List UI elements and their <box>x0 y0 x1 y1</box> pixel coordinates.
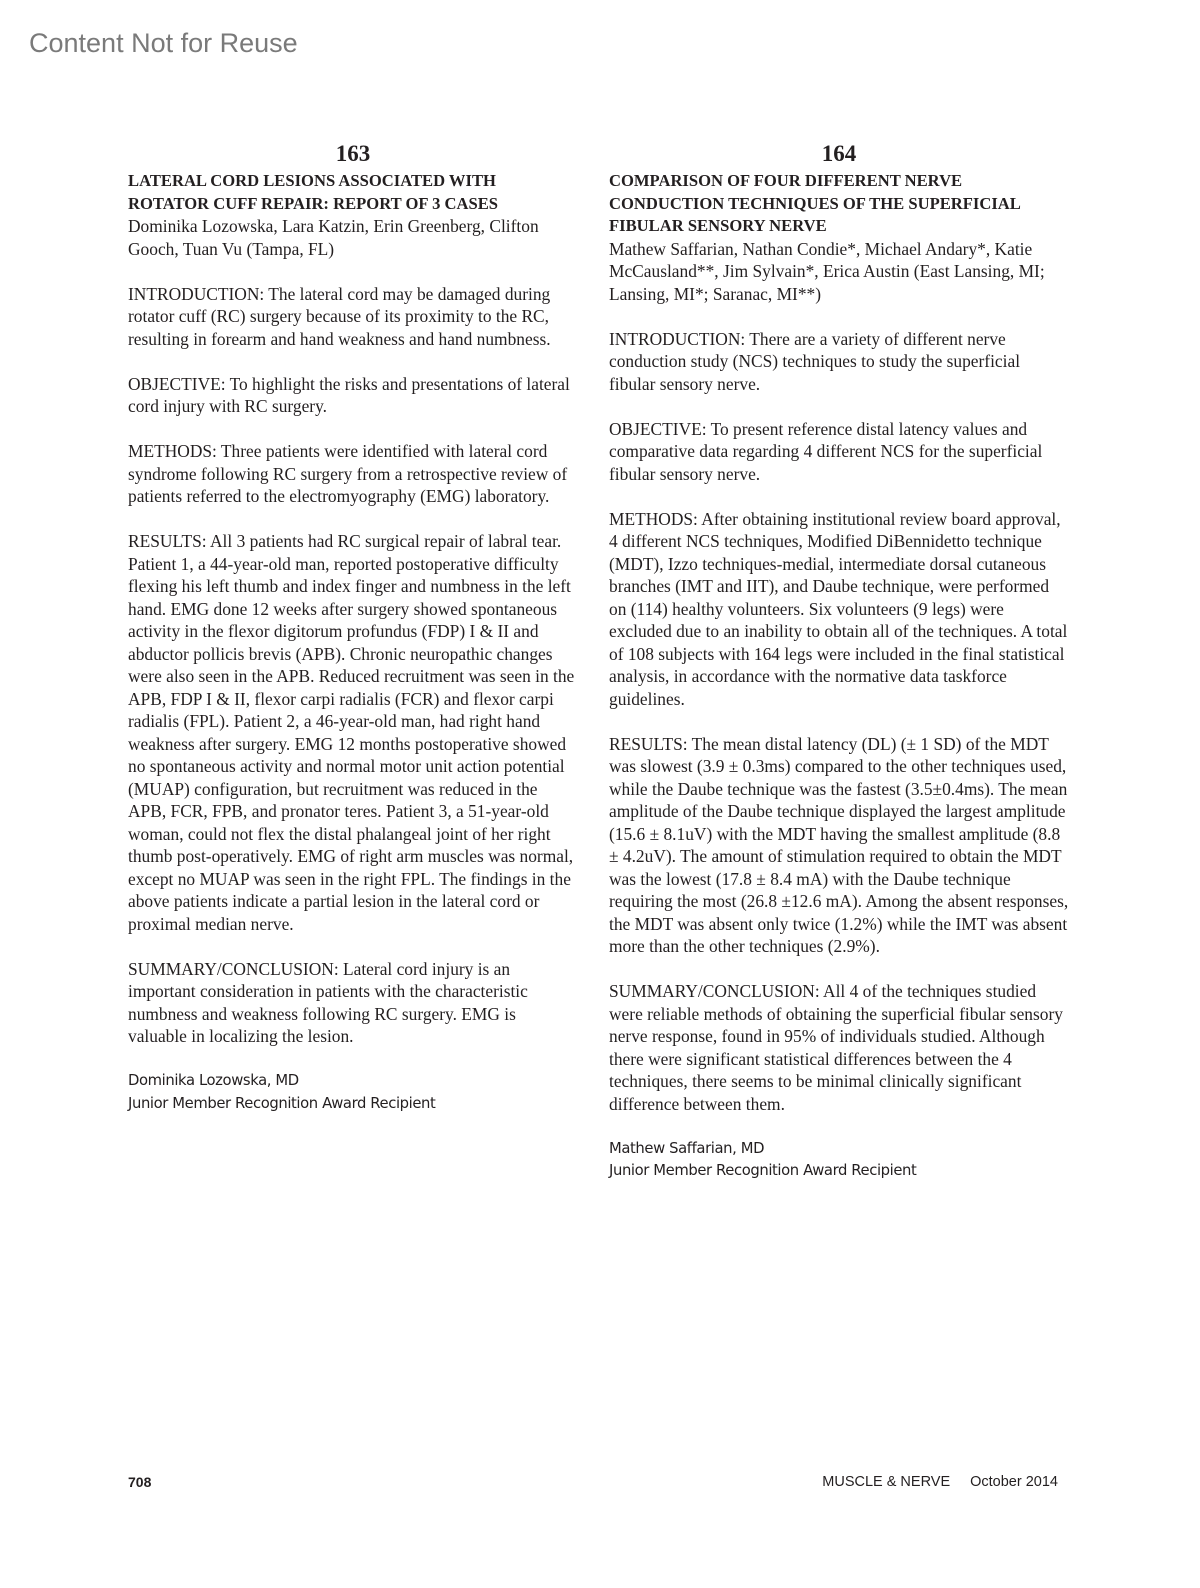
recipient-name: Mathew Saffarian, MD <box>609 1138 1069 1161</box>
recipient-award: Junior Member Recognition Award Recipien… <box>609 1160 1069 1183</box>
results-section: RESULTS: The mean distal latency (DL) (±… <box>609 733 1069 958</box>
methods-section: METHODS: After obtaining institutional r… <box>609 508 1069 711</box>
abstract-number: 163 <box>128 140 578 168</box>
introduction-section: INTRODUCTION: The lateral cord may be da… <box>128 283 578 351</box>
watermark-text: Content Not for Reuse <box>29 28 298 59</box>
methods-section: METHODS: Three patients were identified … <box>128 440 578 508</box>
conclusion-section: SUMMARY/CONCLUSION: Lateral cord injury … <box>128 958 578 1048</box>
issue-date: October 2014 <box>970 1474 1058 1490</box>
abstract-authors: Mathew Saffarian, Nathan Condie*, Michae… <box>609 238 1069 306</box>
abstract-title: LATERAL CORD LESIONS ASSOCIATED WITH ROT… <box>128 170 578 215</box>
abstract-164: 164 COMPARISON OF FOUR DIFFERENT NERVE C… <box>609 140 1069 1183</box>
page-number: 708 <box>128 1474 151 1490</box>
award-recipient: Dominika Lozowska, MD Junior Member Reco… <box>128 1070 578 1115</box>
recipient-award: Junior Member Recognition Award Recipien… <box>128 1093 578 1116</box>
journal-name: MUSCLE & NERVE <box>822 1474 950 1490</box>
abstract-authors: Dominika Lozowska, Lara Katzin, Erin Gre… <box>128 215 578 260</box>
results-section: RESULTS: All 3 patients had RC surgical … <box>128 530 578 935</box>
abstract-163: 163 LATERAL CORD LESIONS ASSOCIATED WITH… <box>128 140 578 1115</box>
award-recipient: Mathew Saffarian, MD Junior Member Recog… <box>609 1138 1069 1183</box>
abstract-title: COMPARISON OF FOUR DIFFERENT NERVE CONDU… <box>609 170 1069 238</box>
objective-section: OBJECTIVE: To highlight the risks and pr… <box>128 373 578 418</box>
introduction-section: INTRODUCTION: There are a variety of dif… <box>609 328 1069 396</box>
journal-footer: MUSCLE & NERVEOctober 2014 <box>822 1474 1058 1490</box>
conclusion-section: SUMMARY/CONCLUSION: All 4 of the techniq… <box>609 980 1069 1115</box>
abstract-number: 164 <box>609 140 1069 168</box>
objective-section: OBJECTIVE: To present reference distal l… <box>609 418 1069 486</box>
recipient-name: Dominika Lozowska, MD <box>128 1070 578 1093</box>
